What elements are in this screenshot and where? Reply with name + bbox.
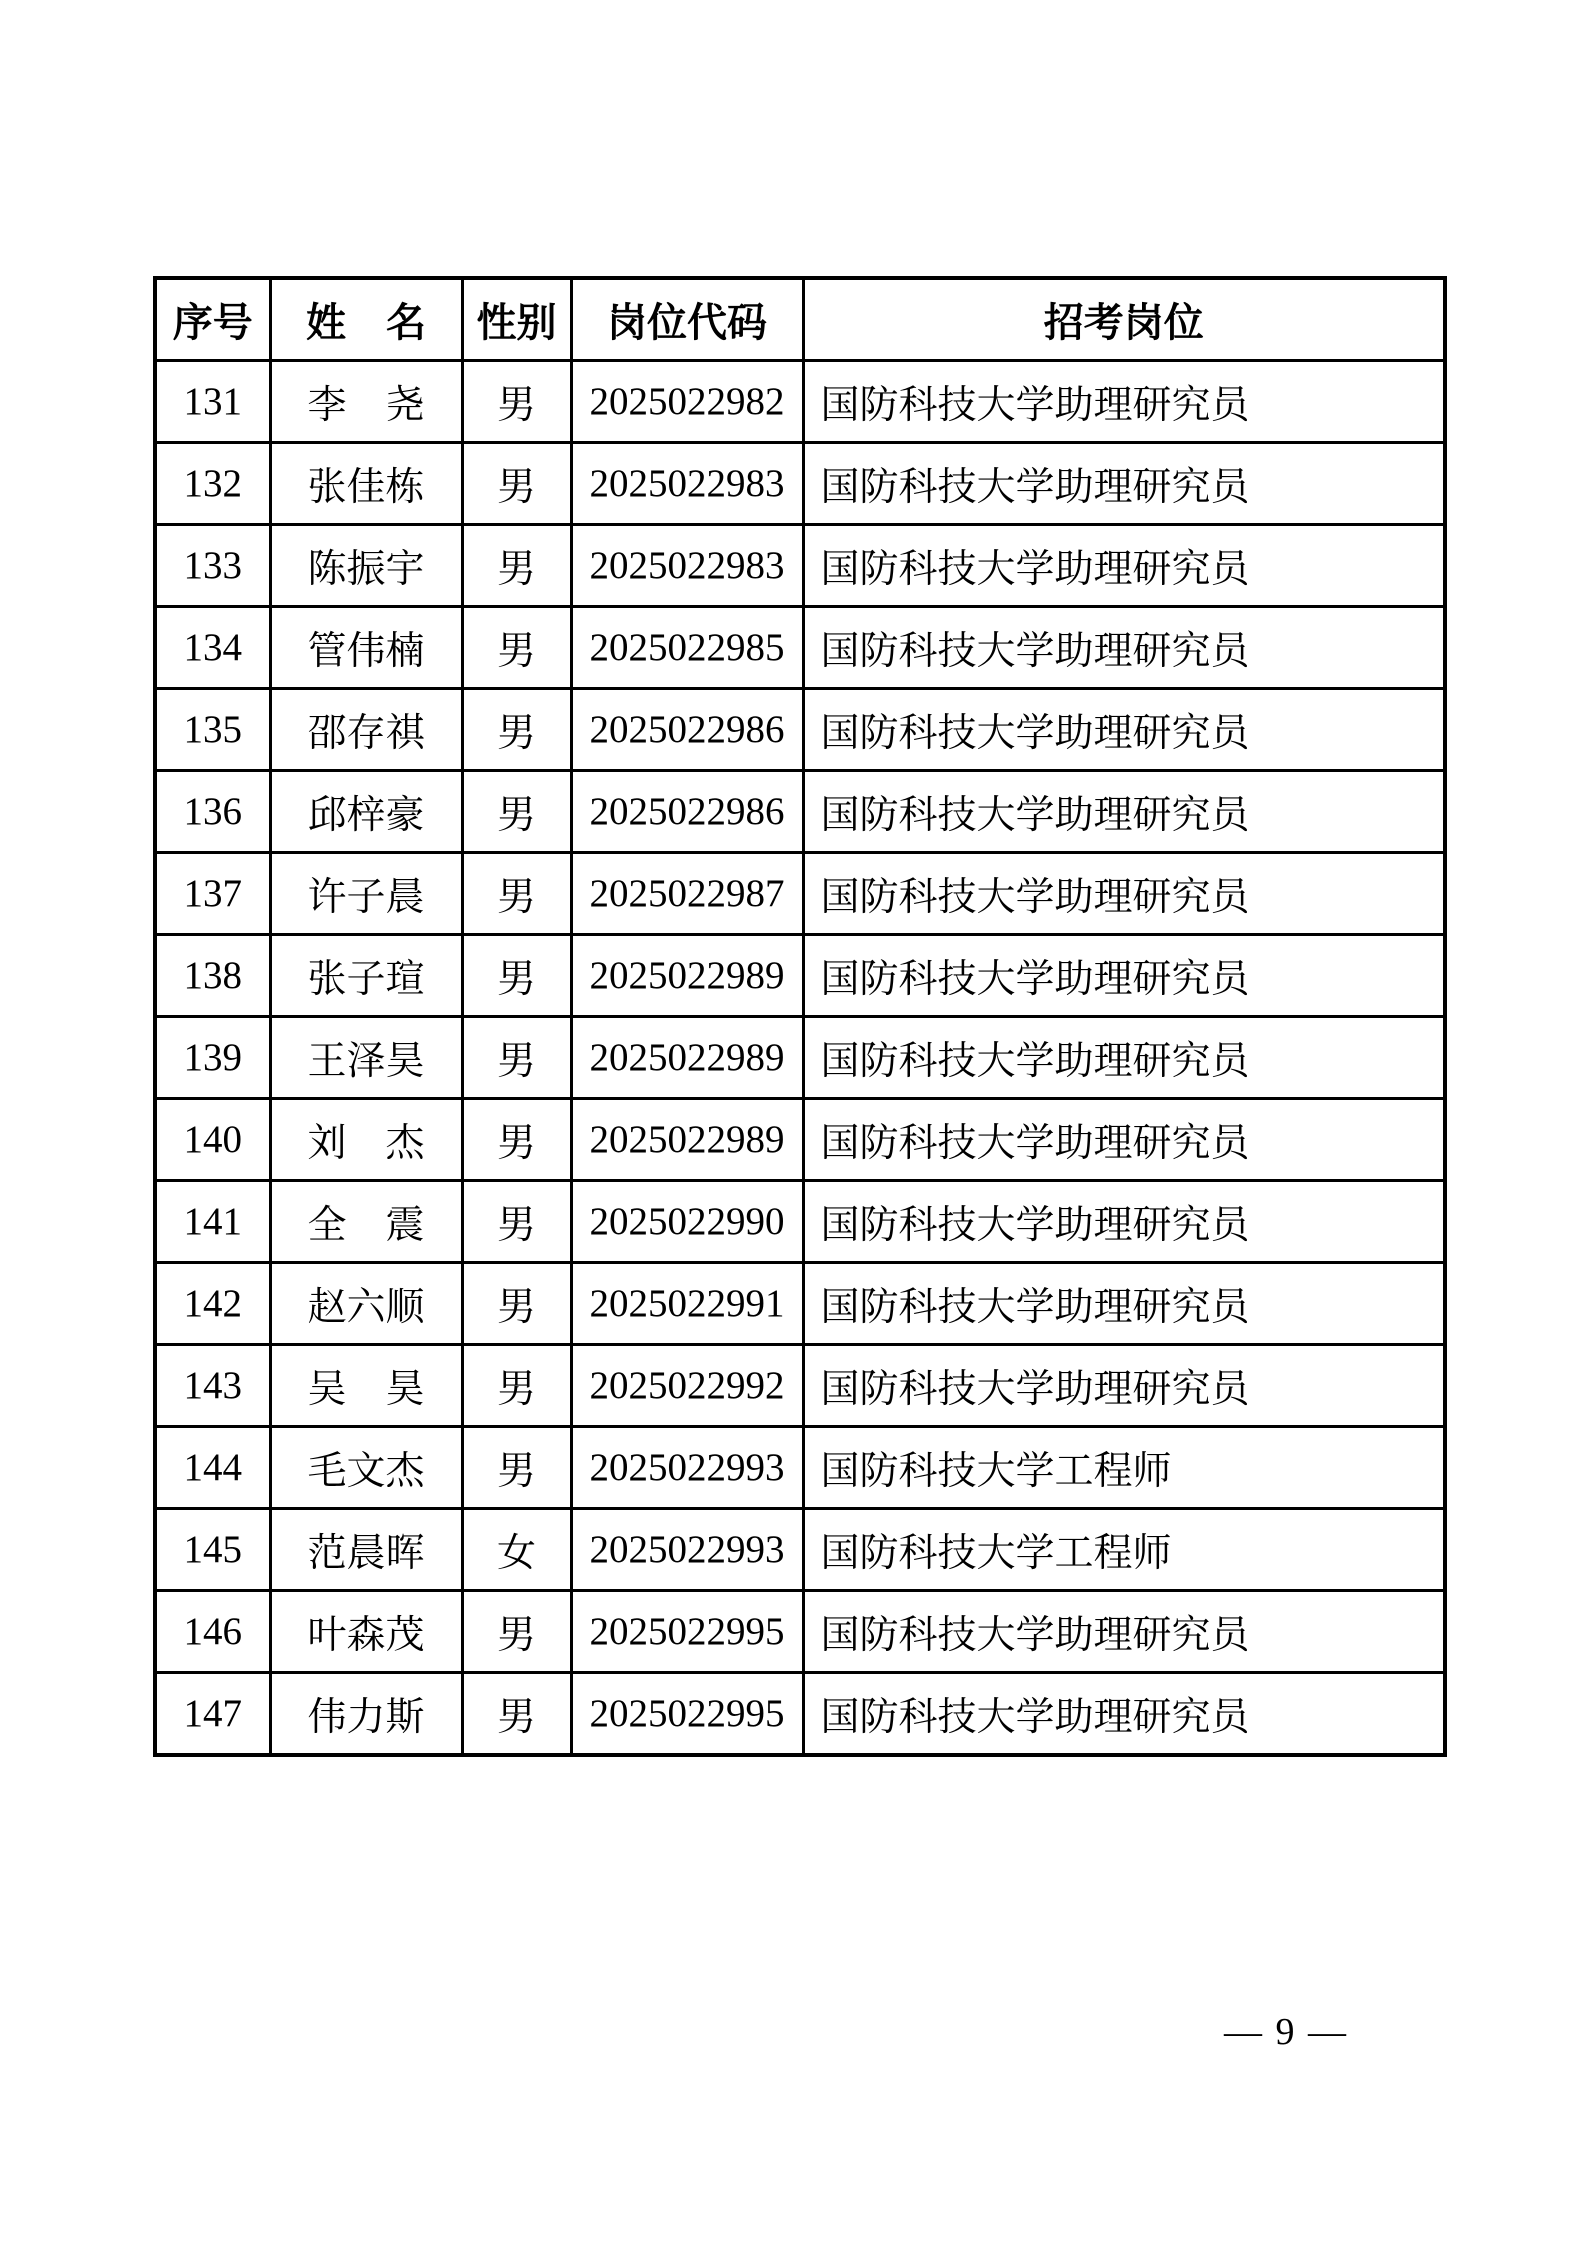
cell-serial: 144 [155,1427,270,1509]
cell-name: 范晨晖 [270,1509,462,1591]
cell-position: 国防科技大学助理研究员 [803,771,1445,853]
cell-code: 2025022987 [571,853,803,935]
table-row: 144毛文杰男2025022993国防科技大学工程师 [155,1427,1445,1509]
cell-position: 国防科技大学助理研究员 [803,689,1445,771]
cell-code: 2025022991 [571,1263,803,1345]
cell-serial: 136 [155,771,270,853]
roster-table-container: 序号姓 名性别岗位代码招考岗位 131李 尧男2025022982国防科技大学助… [153,276,1443,1757]
cell-serial: 145 [155,1509,270,1591]
cell-position: 国防科技大学助理研究员 [803,935,1445,1017]
header-name: 姓 名 [270,278,462,361]
cell-gender: 男 [462,525,571,607]
table-row: 140刘 杰男2025022989国防科技大学助理研究员 [155,1099,1445,1181]
cell-gender: 男 [462,443,571,525]
cell-gender: 男 [462,361,571,443]
cell-position: 国防科技大学助理研究员 [803,1345,1445,1427]
cell-serial: 134 [155,607,270,689]
cell-serial: 140 [155,1099,270,1181]
cell-serial: 139 [155,1017,270,1099]
cell-gender: 男 [462,1181,571,1263]
cell-code: 2025022982 [571,361,803,443]
cell-position: 国防科技大学助理研究员 [803,361,1445,443]
cell-position: 国防科技大学助理研究员 [803,525,1445,607]
cell-name: 赵六顺 [270,1263,462,1345]
cell-gender: 男 [462,1427,571,1509]
cell-position: 国防科技大学助理研究员 [803,1099,1445,1181]
cell-name: 叶森茂 [270,1591,462,1673]
cell-serial: 132 [155,443,270,525]
table-row: 145范晨晖女2025022993国防科技大学工程师 [155,1509,1445,1591]
table-row: 142赵六顺男2025022991国防科技大学助理研究员 [155,1263,1445,1345]
page-number: — 9 — [1186,2010,1386,2054]
table-row: 138张子瑄男2025022989国防科技大学助理研究员 [155,935,1445,1017]
cell-name: 全 震 [270,1181,462,1263]
cell-serial: 146 [155,1591,270,1673]
cell-code: 2025022983 [571,443,803,525]
table-row: 131李 尧男2025022982国防科技大学助理研究员 [155,361,1445,443]
cell-position: 国防科技大学助理研究员 [803,443,1445,525]
cell-code: 2025022990 [571,1181,803,1263]
cell-name: 吴 昊 [270,1345,462,1427]
table-row: 146叶森茂男2025022995国防科技大学助理研究员 [155,1591,1445,1673]
candidates-table: 序号姓 名性别岗位代码招考岗位 131李 尧男2025022982国防科技大学助… [153,276,1447,1757]
table-row: 147伟力斯男2025022995国防科技大学助理研究员 [155,1673,1445,1756]
document-page: 序号姓 名性别岗位代码招考岗位 131李 尧男2025022982国防科技大学助… [0,0,1587,2245]
table-row: 133陈振宇男2025022983国防科技大学助理研究员 [155,525,1445,607]
cell-position: 国防科技大学工程师 [803,1427,1445,1509]
cell-serial: 143 [155,1345,270,1427]
cell-gender: 男 [462,853,571,935]
cell-gender: 男 [462,1673,571,1756]
cell-name: 邵存祺 [270,689,462,771]
cell-code: 2025022986 [571,771,803,853]
cell-name: 邱梓豪 [270,771,462,853]
cell-serial: 131 [155,361,270,443]
cell-position: 国防科技大学助理研究员 [803,1263,1445,1345]
cell-serial: 137 [155,853,270,935]
table-row: 139王泽昊男2025022989国防科技大学助理研究员 [155,1017,1445,1099]
cell-position: 国防科技大学助理研究员 [803,1181,1445,1263]
header-serial: 序号 [155,278,270,361]
cell-position: 国防科技大学助理研究员 [803,853,1445,935]
cell-name: 张佳栋 [270,443,462,525]
cell-name: 王泽昊 [270,1017,462,1099]
cell-serial: 147 [155,1673,270,1756]
cell-name: 刘 杰 [270,1099,462,1181]
cell-serial: 133 [155,525,270,607]
cell-gender: 女 [462,1509,571,1591]
table-body: 131李 尧男2025022982国防科技大学助理研究员132张佳栋男20250… [155,361,1445,1756]
cell-serial: 135 [155,689,270,771]
cell-position: 国防科技大学助理研究员 [803,1591,1445,1673]
cell-serial: 142 [155,1263,270,1345]
cell-gender: 男 [462,1099,571,1181]
cell-name: 伟力斯 [270,1673,462,1756]
cell-name: 李 尧 [270,361,462,443]
cell-code: 2025022993 [571,1427,803,1509]
table-row: 135邵存祺男2025022986国防科技大学助理研究员 [155,689,1445,771]
cell-code: 2025022992 [571,1345,803,1427]
cell-gender: 男 [462,607,571,689]
cell-position: 国防科技大学助理研究员 [803,1673,1445,1756]
cell-code: 2025022985 [571,607,803,689]
cell-position: 国防科技大学工程师 [803,1509,1445,1591]
cell-code: 2025022989 [571,1099,803,1181]
cell-name: 陈振宇 [270,525,462,607]
cell-gender: 男 [462,1017,571,1099]
cell-gender: 男 [462,771,571,853]
cell-code: 2025022995 [571,1673,803,1756]
table-row: 141全 震男2025022990国防科技大学助理研究员 [155,1181,1445,1263]
table-row: 137许子晨男2025022987国防科技大学助理研究员 [155,853,1445,935]
cell-gender: 男 [462,935,571,1017]
table-row: 134管伟楠男2025022985国防科技大学助理研究员 [155,607,1445,689]
cell-code: 2025022986 [571,689,803,771]
cell-gender: 男 [462,689,571,771]
cell-code: 2025022989 [571,1017,803,1099]
table-row: 132张佳栋男2025022983国防科技大学助理研究员 [155,443,1445,525]
header-code: 岗位代码 [571,278,803,361]
cell-serial: 141 [155,1181,270,1263]
cell-gender: 男 [462,1591,571,1673]
cell-code: 2025022995 [571,1591,803,1673]
cell-gender: 男 [462,1345,571,1427]
cell-position: 国防科技大学助理研究员 [803,1017,1445,1099]
cell-name: 管伟楠 [270,607,462,689]
header-gender: 性别 [462,278,571,361]
cell-code: 2025022989 [571,935,803,1017]
cell-code: 2025022993 [571,1509,803,1591]
cell-name: 许子晨 [270,853,462,935]
table-row: 143吴 昊男2025022992国防科技大学助理研究员 [155,1345,1445,1427]
cell-name: 毛文杰 [270,1427,462,1509]
table-row: 136邱梓豪男2025022986国防科技大学助理研究员 [155,771,1445,853]
cell-name: 张子瑄 [270,935,462,1017]
cell-serial: 138 [155,935,270,1017]
header-position: 招考岗位 [803,278,1445,361]
cell-position: 国防科技大学助理研究员 [803,607,1445,689]
table-header-row: 序号姓 名性别岗位代码招考岗位 [155,278,1445,361]
cell-code: 2025022983 [571,525,803,607]
cell-gender: 男 [462,1263,571,1345]
